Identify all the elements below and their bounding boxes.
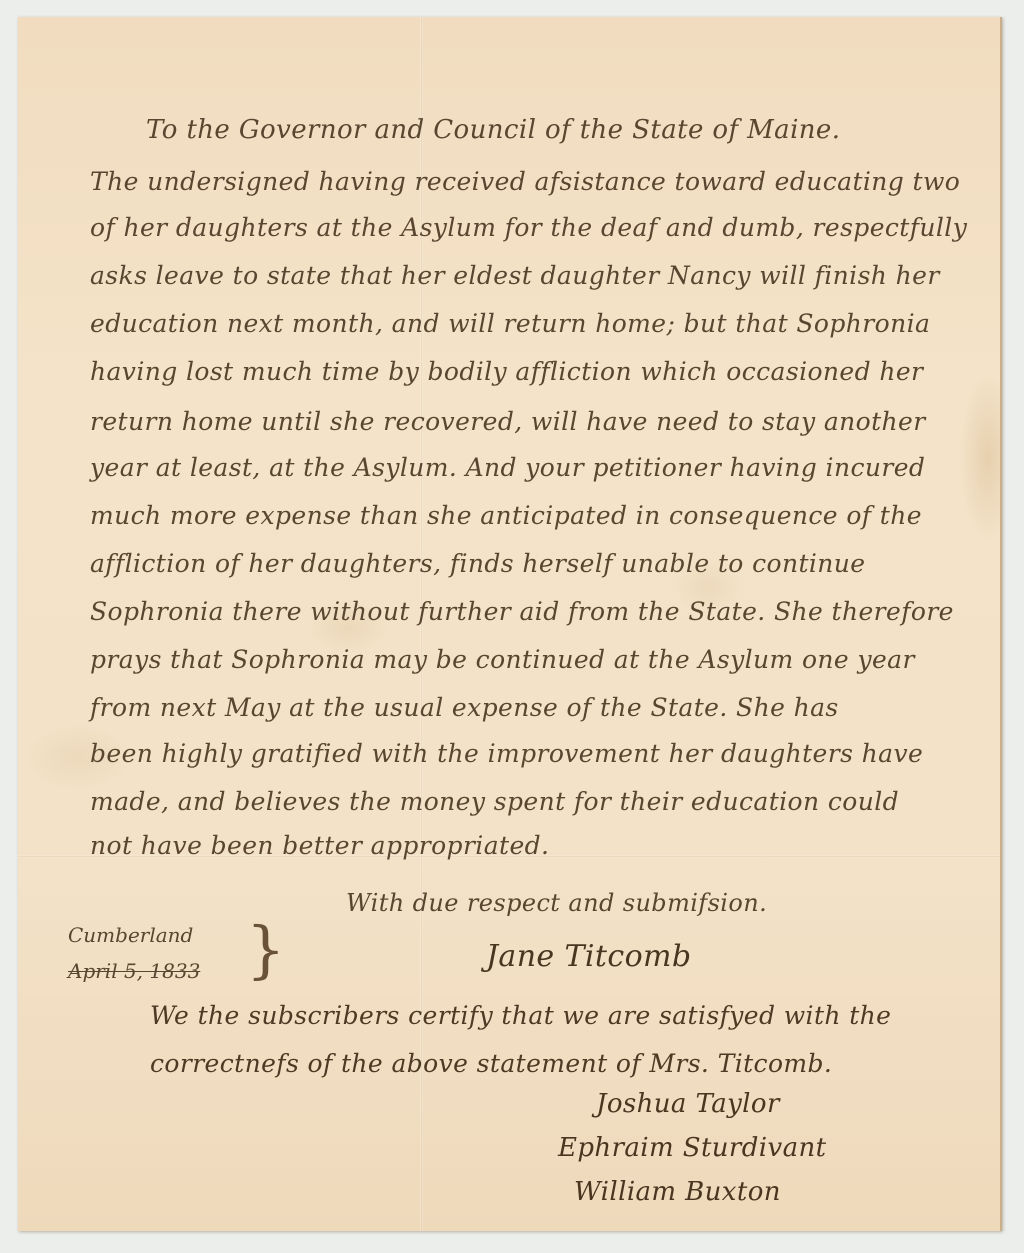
body-line-2: of her daughters at the Asylum for the d… — [90, 213, 967, 242]
closing-phrase: With due respect and submifsion. — [346, 889, 767, 917]
body-line-10: Sophronia there without further aid from… — [90, 597, 954, 626]
body-line-3: asks leave to state that her eldest daug… — [90, 261, 940, 290]
subscriber-signature-3: William Buxton — [574, 1177, 781, 1207]
subscriber-signature-2: Ephraim Sturdivant — [558, 1133, 827, 1163]
subscriber-signature-1: Joshua Taylor — [596, 1089, 780, 1119]
body-line-1: The undersigned having received afsistan… — [90, 167, 960, 196]
petitioner-signature: Jane Titcomb — [486, 939, 692, 974]
body-line-13: been highly gratified with the improveme… — [90, 739, 923, 768]
place: Cumberland — [68, 917, 200, 953]
date: April 5, 1833 — [68, 953, 200, 989]
body-line-8: much more expense than she anticipated i… — [90, 501, 922, 530]
body-line-14: made, and believes the money spent for t… — [90, 787, 899, 816]
body-line-9: affliction of her daughters, finds herse… — [90, 549, 866, 578]
body-line-5: having lost much time by bodily afflicti… — [90, 357, 923, 386]
body-line-11: prays that Sophronia may be continued at… — [90, 645, 915, 674]
body-line-4: education next month, and will return ho… — [90, 309, 930, 338]
body-line-12: from next May at the usual expense of th… — [90, 693, 839, 722]
body-line-15: not have been better appropriated. — [90, 831, 549, 860]
paper-sheet: To the Governor and Council of the State… — [18, 17, 1002, 1231]
body-line-7: year at least, at the Asylum. And your p… — [90, 453, 925, 482]
place-and-date: Cumberland April 5, 1833 } — [68, 917, 200, 989]
certification-line-1: We the subscribers certify that we are s… — [150, 1001, 891, 1030]
brace-glyph: } — [246, 919, 285, 981]
certification-line-2: correctnefs of the above statement of Mr… — [150, 1049, 832, 1078]
body-line-6: return home until she recovered, will ha… — [90, 407, 926, 436]
salutation: To the Governor and Council of the State… — [146, 115, 840, 145]
scanned-document: To the Governor and Council of the State… — [0, 0, 1024, 1253]
